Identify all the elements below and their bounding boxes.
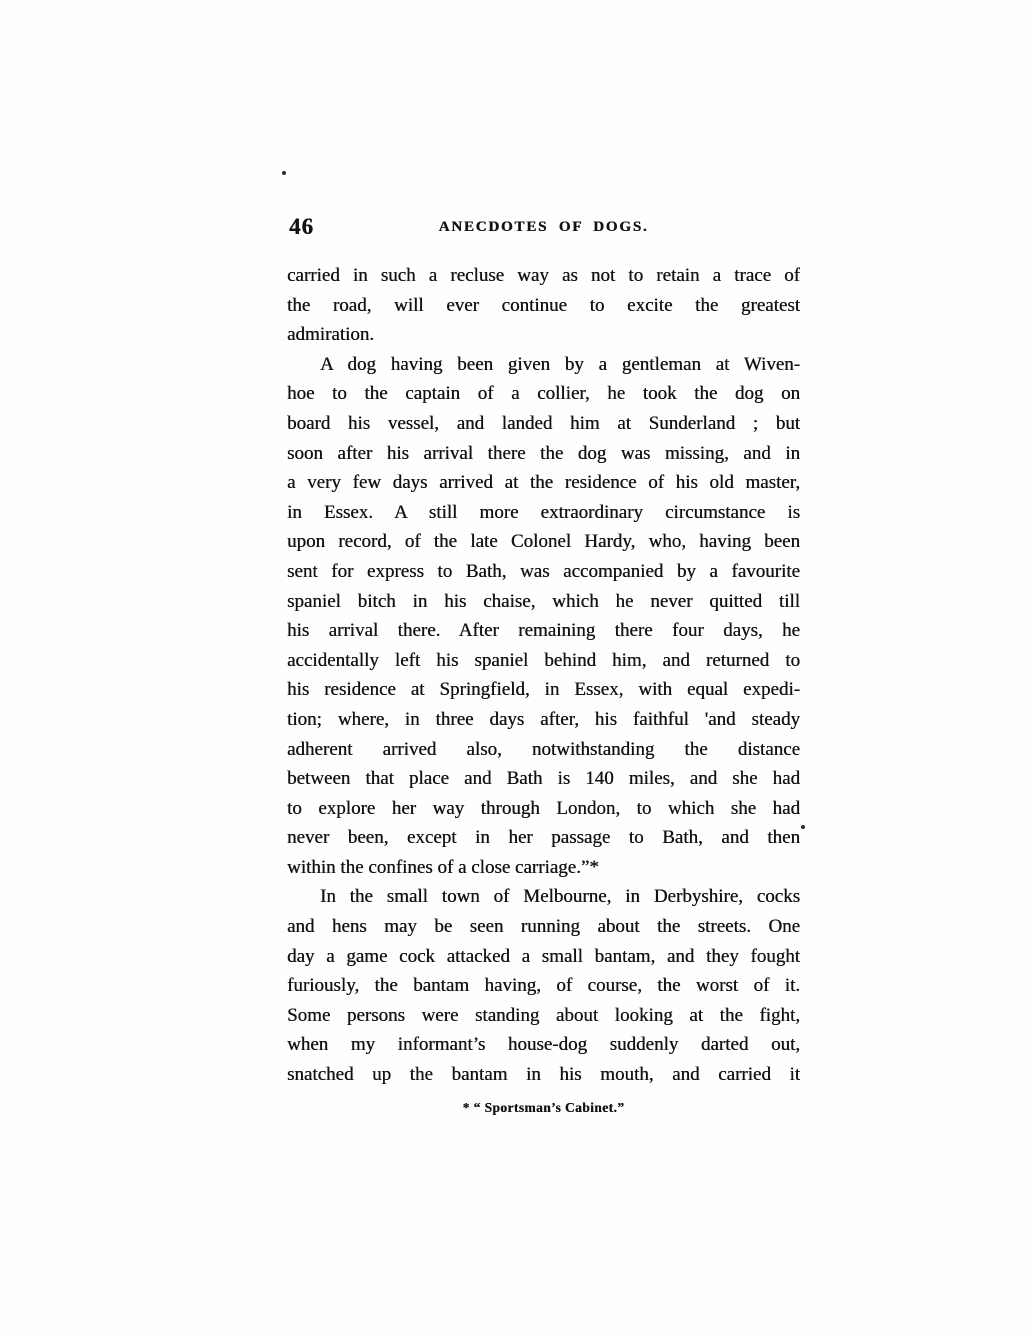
text-line: in Essex. A still more extraordinary cir… xyxy=(287,498,800,528)
paragraph: carried in such a recluse way as not to … xyxy=(287,261,800,350)
text-line: when my informant’s house-dog suddenly d… xyxy=(287,1030,800,1060)
text-line: soon after his arrival there the dog was… xyxy=(287,439,800,469)
text-line: Some persons were standing about looking… xyxy=(287,1001,800,1031)
scan-speck xyxy=(801,825,805,829)
text-line: to explore her way through London, to wh… xyxy=(287,794,800,824)
text-line: sent for express to Bath, was accompanie… xyxy=(287,557,800,587)
footnote: * “ Sportsman’s Cabinet.” xyxy=(287,1100,800,1116)
text-line: snatched up the bantam in his mouth, and… xyxy=(287,1060,800,1090)
running-title: ANECDOTES OF DOGS. xyxy=(287,219,800,236)
text-line: and hens may be seen running about the s… xyxy=(287,912,800,942)
text-line: within the confines of a close carriage.… xyxy=(287,853,800,883)
text-line: the road, will ever continue to excite t… xyxy=(287,291,800,321)
text-line: a very few days arrived at the residence… xyxy=(287,468,800,498)
page-header: 46 ANECDOTES OF DOGS. xyxy=(287,214,800,242)
text-line: admiration. xyxy=(287,320,800,350)
text-line: his arrival there. After remaining there… xyxy=(287,616,800,646)
paragraph: A dog having been given by a gentleman a… xyxy=(287,350,800,883)
text-line: never been, except in her passage to Bat… xyxy=(287,823,800,853)
text-line: his residence at Springfield, in Essex, … xyxy=(287,675,800,705)
text-line: In the small town of Melbourne, in Derby… xyxy=(287,882,800,912)
text-line: board his vessel, and landed him at Sund… xyxy=(287,409,800,439)
text-line: spaniel bitch in his chaise, which he ne… xyxy=(287,587,800,617)
text-line: tion; where, in three days after, his fa… xyxy=(287,705,800,735)
paragraph: In the small town of Melbourne, in Derby… xyxy=(287,882,800,1089)
text-line: accidentally left his spaniel behind him… xyxy=(287,646,800,676)
text-line: A dog having been given by a gentleman a… xyxy=(287,350,800,380)
text-line: day a game cock attacked a small bantam,… xyxy=(287,942,800,972)
text-line: hoe to the captain of a collier, he took… xyxy=(287,379,800,409)
text-line: adherent arrived also, notwithstanding t… xyxy=(287,735,800,765)
book-page: 46 ANECDOTES OF DOGS. carried in such a … xyxy=(0,0,1033,1339)
body-text: carried in such a recluse way as not to … xyxy=(287,261,800,1090)
text-line: furiously, the bantam having, of course,… xyxy=(287,971,800,1001)
text-line: carried in such a recluse way as not to … xyxy=(287,261,800,291)
scan-speck xyxy=(282,171,286,175)
text-line: between that place and Bath is 140 miles… xyxy=(287,764,800,794)
text-line: upon record, of the late Colonel Hardy, … xyxy=(287,527,800,557)
